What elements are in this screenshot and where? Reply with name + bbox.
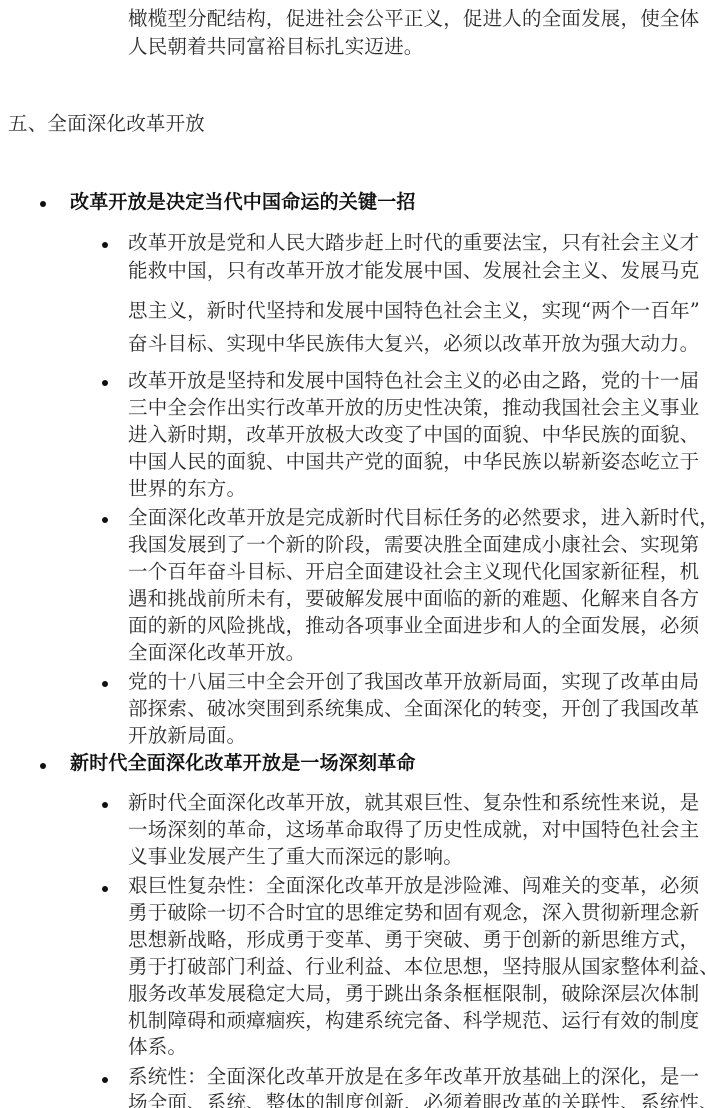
item-line: 勇于打破部门利益、行业利益、本位思想，坚持服从国家整体利益、 <box>128 955 708 979</box>
item-line: 服务改革发展稳定大局，勇于跳出条条框框限制，破除深层次体制 <box>128 982 699 1006</box>
item-line: 一个百年奋斗目标、开启全面建设社会主义现代化国家新征程，机 <box>128 560 699 584</box>
item-line: 义事业发展产生了重大而深远的影响。 <box>128 845 463 869</box>
item-line: 遇和挑战前所未有，要破解发展中面临的新的难题、化解来自各方 <box>128 587 699 611</box>
item-line: 中国人民的面貌、中国共产党的面貌，中华民族以崭新姿态屹立于 <box>128 450 699 474</box>
intro-line: 橄榄型分配结构，促进社会公平正义，促进人的全面发展，使全体 <box>128 7 699 31</box>
outline-heading: 新时代全面深化改革开放是一场深刻革命 <box>70 751 416 775</box>
item-line: 面的新的风险挑战，推动各项事业全面进步和人的全面发展，必须 <box>128 614 699 638</box>
item-line: 系统性：全面深化改革开放是在多年改革开放基础上的深化，是一 <box>128 1065 699 1089</box>
item-line: 全面深化改革开放。 <box>128 641 305 665</box>
item-line: 改革开放是坚持和发展中国特色社会主义的必由之路，党的十一届 <box>128 369 699 393</box>
bullet-icon <box>102 242 108 248</box>
item-line: 世界的东方。 <box>128 477 246 501</box>
item-line: 新时代全面深化改革开放，就其艰巨性、复杂性和系统性来说，是 <box>128 791 699 815</box>
bullet-icon <box>102 681 108 687</box>
item-line: 艰巨性复杂性：全面深化改革开放是涉险滩、闯难关的变革，必须 <box>128 874 699 898</box>
intro-line: 人民朝着共同富裕目标扎实迈进。 <box>128 35 424 59</box>
item-line: 体系。 <box>128 1035 187 1059</box>
item-line: 开放新局面。 <box>128 724 246 748</box>
item-line: 奋斗目标、实现中华民族伟大复兴，必须以改革开放为强大动力。 <box>128 332 699 356</box>
bullet-icon <box>102 886 108 892</box>
bullet-icon <box>102 802 108 808</box>
item-line: 勇于破除一切不合时宜的思维定势和固有观念，深入贯彻新理念新 <box>128 901 699 925</box>
item-line: 我国发展到了一个新的阶段，需要决胜全面建成小康社会、实现第 <box>128 533 699 557</box>
item-line: 部探索、破冰突围到系统集成、全面深化的转变，开创了我国改革 <box>128 697 699 721</box>
bullet-icon <box>102 517 108 523</box>
item-line: 党的十八届三中全会开创了我国改革开放新局面，实现了改革由局 <box>128 670 699 694</box>
item-line: 思想新战略，形成勇于变革、勇于突破、勇于创新的新思维方式， <box>128 928 699 952</box>
item-line: 进入新时期，改革开放极大改变了中国的面貌、中华民族的面貌、 <box>128 423 699 447</box>
item-line: 全面深化改革开放是完成新时代目标任务的必然要求，进入新时代， <box>128 506 708 530</box>
item-line: 三中全会作出实行改革开放的历史性决策，推动我国社会主义事业 <box>128 396 699 420</box>
item-line: 能救中国，只有改革开放才能发展中国、发展社会主义、发展马克 <box>128 259 699 283</box>
item-line: 改革开放是党和人民大踏步赶上时代的重要法宝，只有社会主义才 <box>128 231 699 255</box>
outline-heading: 改革开放是决定当代中国命运的关键一招 <box>70 190 416 214</box>
item-line: 一场深刻的革命，这场革命取得了历史性成就，对中国特色社会主 <box>128 818 699 842</box>
bullet-icon <box>102 1077 108 1083</box>
item-line: 场全面、系统、整体的制度创新，必须着眼改革的关联性、系统性、 <box>128 1091 708 1108</box>
item-line: 思主义，新时代坚持和发展中国特色社会主义，实现“两个一百年” <box>128 299 700 323</box>
bullet-icon <box>102 380 108 386</box>
bullet-icon <box>40 201 46 207</box>
bullet-icon <box>40 763 46 769</box>
item-line: 机制障碍和顽瘴痼疾，构建系统完备、科学规范、运行有效的制度 <box>128 1009 699 1033</box>
section-title: 五、全面深化改革开放 <box>8 112 205 136</box>
